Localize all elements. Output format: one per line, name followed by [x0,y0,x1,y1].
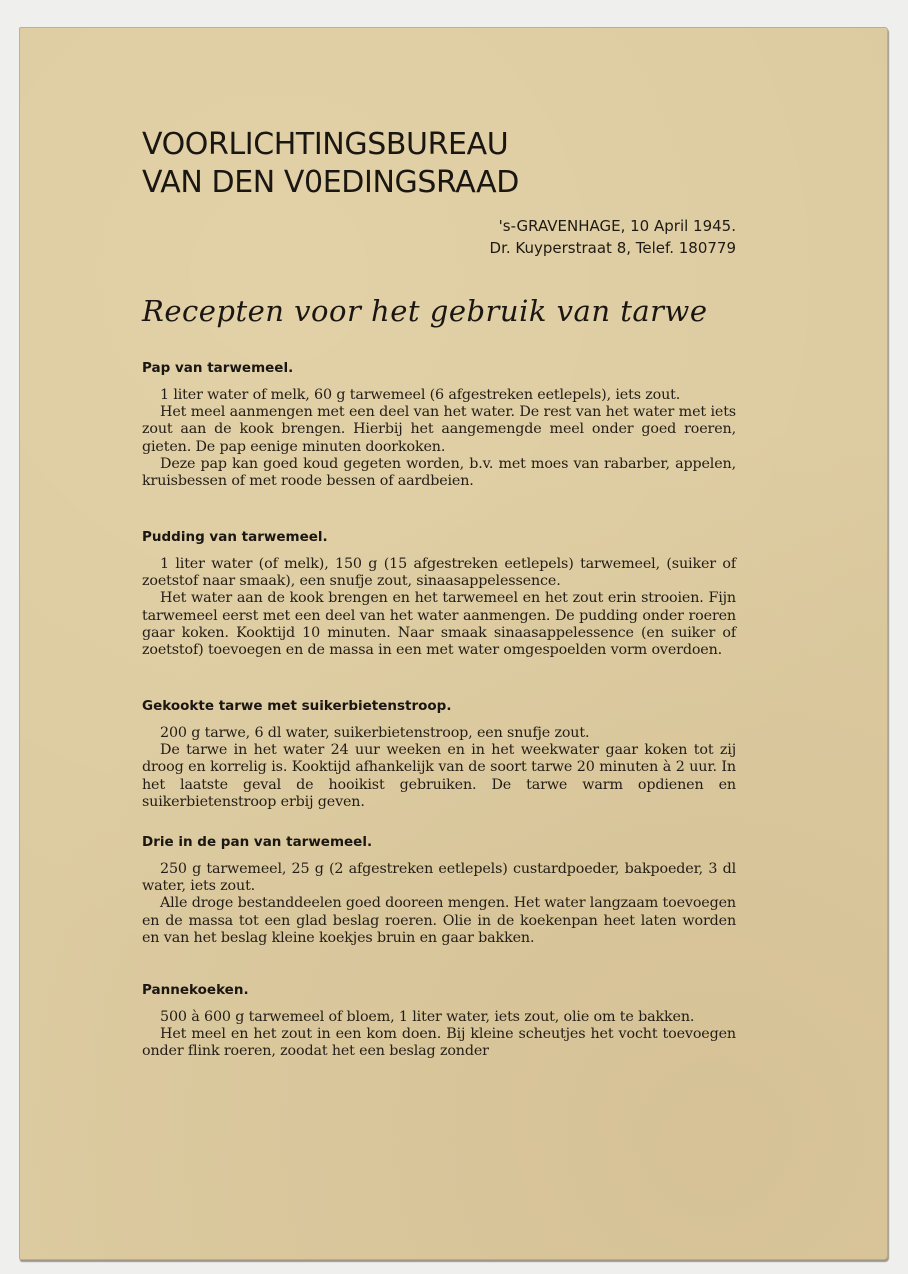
recipe-heading: Gekookte tarwe met suikerbietenstroop. [142,697,736,715]
recipe-section: Drie in de pan van tarwemeel. 250 g tarw… [142,833,736,947]
recipe-ingredients: 250 g tarwemeel, 25 g (2 afgestreken eet… [142,861,736,895]
place-date: 's-GRAVENHAGE, 10 April 1945. [490,215,736,237]
recipe-ingredients: 1 liter water (of melk), 150 g (15 afges… [142,556,736,590]
recipe-paragraph: Alle droge bestanddeelen goed dooreen me… [142,895,736,947]
recipe-ingredients: 500 à 600 g tarwemeel of bloem, 1 liter … [142,1009,736,1026]
letterhead: VOORLICHTINGSBUREAU VAN DEN V0EDINGSRAAD [142,126,519,202]
recipe-heading: Pannekoeken. [142,981,736,999]
recipe-heading: Pap van tarwemeel. [142,359,736,377]
letterhead-line-2: VAN DEN V0EDINGSRAAD [142,164,519,202]
recipe-ingredients: 1 liter water of melk, 60 g tarwemeel (6… [142,387,736,404]
recipe-section: Pap van tarwemeel. 1 liter water of melk… [142,359,736,490]
recipe-paragraph: Het meel aanmengen met een deel van het … [142,404,736,456]
recipe-heading: Drie in de pan van tarwemeel. [142,833,736,851]
recipe-ingredients: 200 g tarwe, 6 dl water, suikerbietenstr… [142,725,736,742]
recipe-paragraph: Het meel en het zout in een kom doen. Bi… [142,1026,736,1060]
recipe-paragraph: Het water aan de kook brengen en het tar… [142,590,736,659]
street-phone: Dr. Kuyperstraat 8, Telef. 180779 [490,237,736,259]
recipe-paragraph: Deze pap kan goed koud gegeten worden, b… [142,456,736,490]
recipe-section: Pannekoeken. 500 à 600 g tarwemeel of bl… [142,981,736,1061]
recipe-heading: Pudding van tarwemeel. [142,528,736,546]
address-block: 's-GRAVENHAGE, 10 April 1945. Dr. Kuyper… [490,215,736,259]
document-title: Recepten voor het gebruik van tarwe [142,294,708,328]
recipe-section: Gekookte tarwe met suikerbietenstroop. 2… [142,697,736,811]
recipe-section: Pudding van tarwemeel. 1 liter water (of… [142,528,736,659]
recipe-paragraph: De tarwe in het water 24 uur weeken en i… [142,742,736,811]
letterhead-line-1: VOORLICHTINGSBUREAU [142,126,519,164]
